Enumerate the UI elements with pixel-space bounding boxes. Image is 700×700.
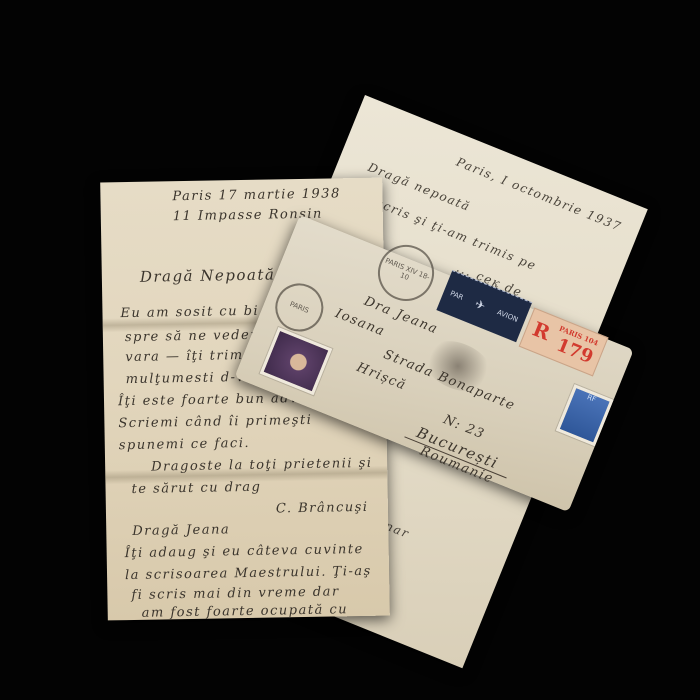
letter-signature: C. Brâncuşi	[276, 500, 369, 517]
airplane-icon: ✈	[473, 297, 488, 314]
postscript-salutation: Dragă Jeana	[132, 522, 230, 539]
blue-peace-stamp: RF	[556, 384, 614, 446]
registration-letter: R	[529, 317, 553, 345]
postmark-text: PARIS	[289, 300, 310, 315]
violet-portrait-stamp	[260, 327, 333, 395]
letter-line: Eu am sosit cu bi...	[120, 303, 276, 321]
postscript-line: am fost foarte ocupată cu	[142, 602, 349, 621]
postscript-line: la scrisoarea Maestrului. Ţi-aş	[125, 564, 372, 583]
postscript-line: Îţi adaug şi eu câteva cuvinte	[125, 542, 364, 561]
letter-salutation: Dragă Nepoată	[140, 265, 276, 285]
stamp-text: RF	[586, 393, 597, 404]
letter-back-date: Paris, I octombrie 1937	[454, 155, 624, 234]
letter-line: te sărut cu drag	[131, 480, 261, 497]
photo-scene: Paris, I octombrie 1937 Dragă nepoată ..…	[0, 0, 700, 700]
letter-line: spre să ne vedem	[125, 328, 264, 345]
postmark-text: PARIS XIV 18-10	[379, 256, 433, 290]
letter-line: Scriemi când îi primeşti	[118, 413, 312, 431]
airmail-label-left: PAR	[449, 289, 464, 301]
postscript-line: fi scris mai din vreme dar	[131, 584, 340, 603]
airmail-label-right: AVION	[496, 308, 519, 324]
letter-date: Paris 17 martie 1938	[172, 186, 341, 204]
letter-line: spunemi ce faci.	[119, 436, 251, 453]
